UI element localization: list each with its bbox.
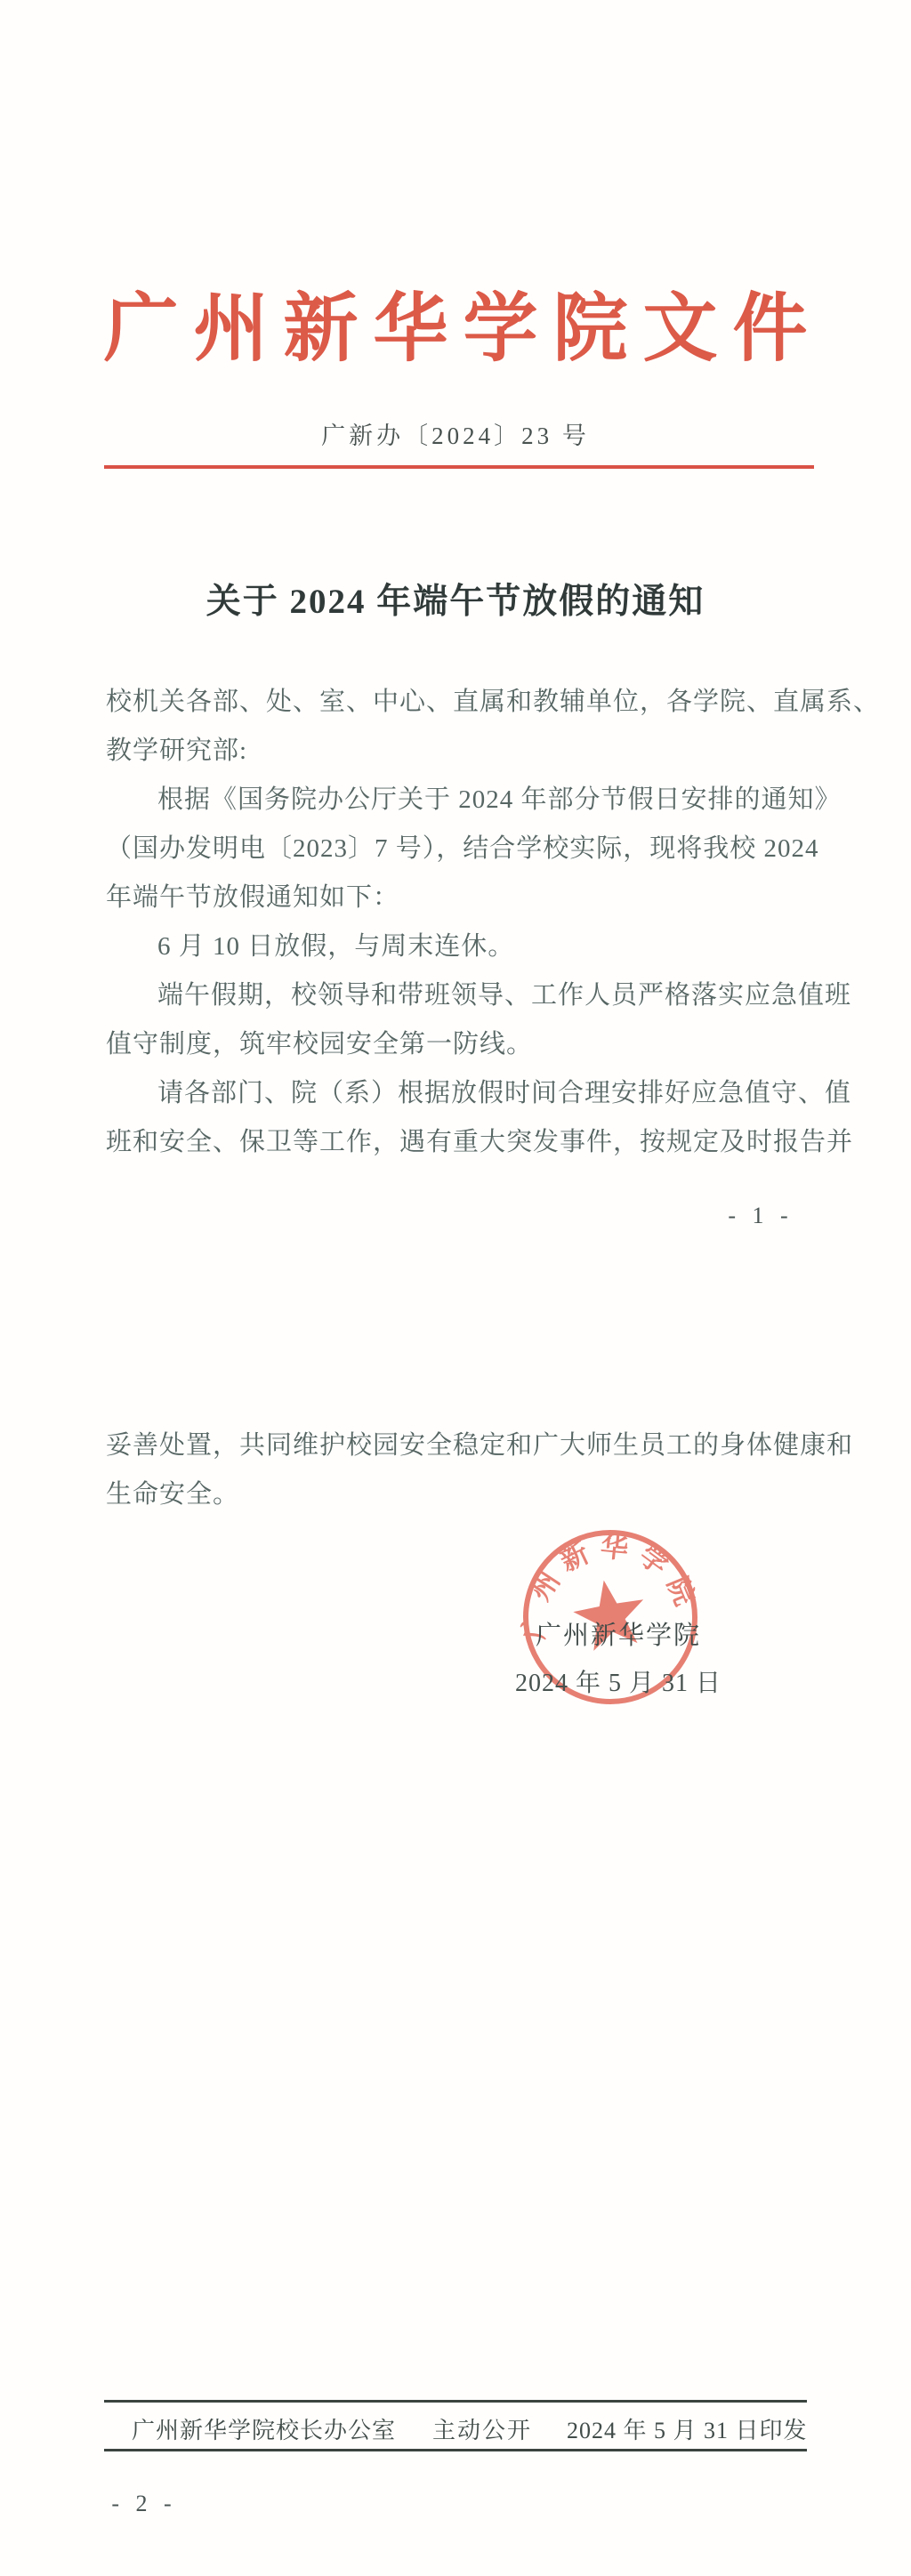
page-number-1: - 1 -	[712, 1203, 810, 1229]
body-line: 请各部门、院（系）根据放假时间合理安排好应急值守、值	[106, 1069, 862, 1118]
page-number-2: - 2 -	[100, 2491, 189, 2517]
footer-disclosure-type: 主动公开	[432, 2412, 532, 2445]
footer-top-rule	[104, 2400, 807, 2403]
body-line: 值守制度，筑牢校园安全第一防线。	[106, 1020, 810, 1069]
body-line: 根据《国务院办公厅关于 2024 年部分节假日安排的通知》	[106, 776, 862, 825]
notice-title: 关于 2024 年端午节放假的通知	[0, 574, 911, 624]
body-line: 年端午节放假通知如下：	[106, 873, 810, 922]
body-line: （国办发明电〔2023〕7 号），结合学校实际，现将我校 2024	[106, 825, 810, 873]
issue-date: 2024 年 5 月 31 日	[485, 1663, 752, 1699]
footer-issuing-office: 广州新华学院校长办公室	[132, 2412, 396, 2445]
issuer-signature: 广州新华学院	[494, 1615, 743, 1652]
scanned-official-document: 广州新华学院文件 广新办〔2024〕23 号 关于 2024 年端午节放假的通知…	[0, 0, 911, 2576]
body-line: 生命安全。	[106, 1470, 810, 1519]
letterhead-divider-rule	[104, 465, 814, 469]
footer-print-date: 2024 年 5 月 31 日印发	[567, 2412, 808, 2445]
body-line: 班和安全、保卫等工作，遇有重大突发事件，按规定及时报告并	[106, 1118, 810, 1167]
footer-bottom-rule	[104, 2449, 807, 2451]
body-line: 妥善处置，共同维护校园安全稳定和广大师生员工的身体健康和	[106, 1421, 810, 1470]
body-line: 教学研究部:	[106, 727, 810, 776]
body-line: 校机关各部、处、室、中心、直属和教辅单位，各学院、直属系、	[106, 678, 810, 727]
document-reference-number: 广新办〔2024〕23 号	[0, 416, 911, 451]
letterhead-title: 广州新华学院文件	[0, 269, 911, 376]
body-line: 端午假期，校领导和带班领导、工作人员严格落实应急值班	[106, 971, 862, 1020]
body-line: 6 月 10 日放假，与周末连休。	[106, 922, 862, 971]
